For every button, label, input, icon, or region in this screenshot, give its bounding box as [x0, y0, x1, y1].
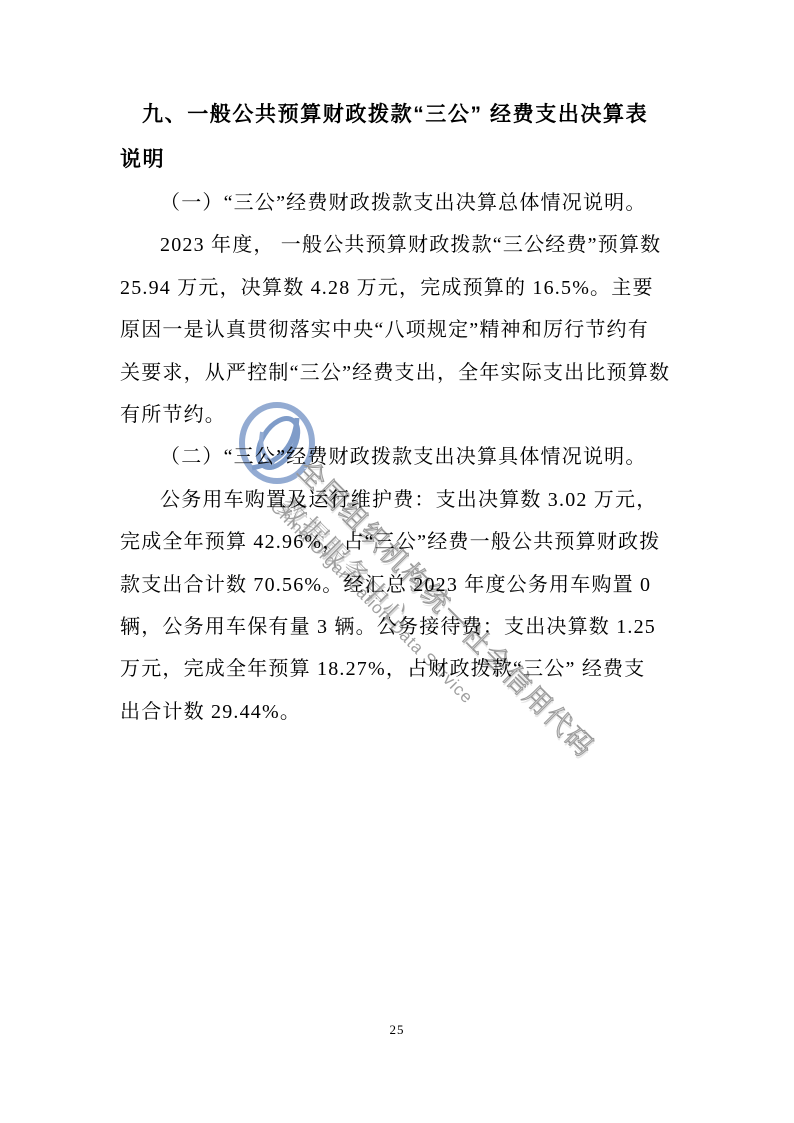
body-line: 25.94 万元，决算数 4.28 万元，完成预算的 16.5%。主要 [120, 267, 676, 309]
body-line: 出合计数 29.44%。 [120, 691, 676, 733]
body-line: 辆，公务用车保有量 3 辆。公务接待费：支出决算数 1.25 [120, 606, 676, 648]
document-body: 九、一般公共预算财政拨款“三公” 经费支出决算表 说明 （一）“三公”经费财政拨… [120, 92, 676, 733]
body-line: （一）“三公”经费财政拨款支出决算总体情况说明。 [120, 182, 676, 224]
body-line: （二）“三公”经费财政拨款支出决算具体情况说明。 [120, 436, 676, 478]
body-line: 万元，完成全年预算 18.27%，占财政拨款“三公” 经费支 [120, 648, 676, 690]
page-number: 25 [0, 1022, 794, 1038]
body-line: 有所节约。 [120, 394, 676, 436]
document-page: 全国组织机构统一社会信用代码 数据服务中心 China Organization… [0, 0, 794, 1123]
body-line: 完成全年预算 42.96%，占“三公”经费一般公共预算财政拨 [120, 521, 676, 563]
body-line: 公务用车购置及运行维护费：支出决算数 3.02 万元， [120, 479, 676, 521]
doc-title-line-1: 九、一般公共预算财政拨款“三公” 经费支出决算表 [120, 92, 676, 137]
body-line: 款支出合计数 70.56%。经汇总 2023 年度公务用车购置 0 [120, 564, 676, 606]
body-line: 关要求，从严控制“三公”经费支出，全年实际支出比预算数 [120, 352, 676, 394]
body-line: 原因一是认真贯彻落实中央“八项规定”精神和厉行节约有 [120, 309, 676, 351]
doc-title-line-2: 说明 [120, 137, 676, 182]
body-line: 2023 年度， 一般公共预算财政拨款“三公经费”预算数 [120, 224, 676, 266]
